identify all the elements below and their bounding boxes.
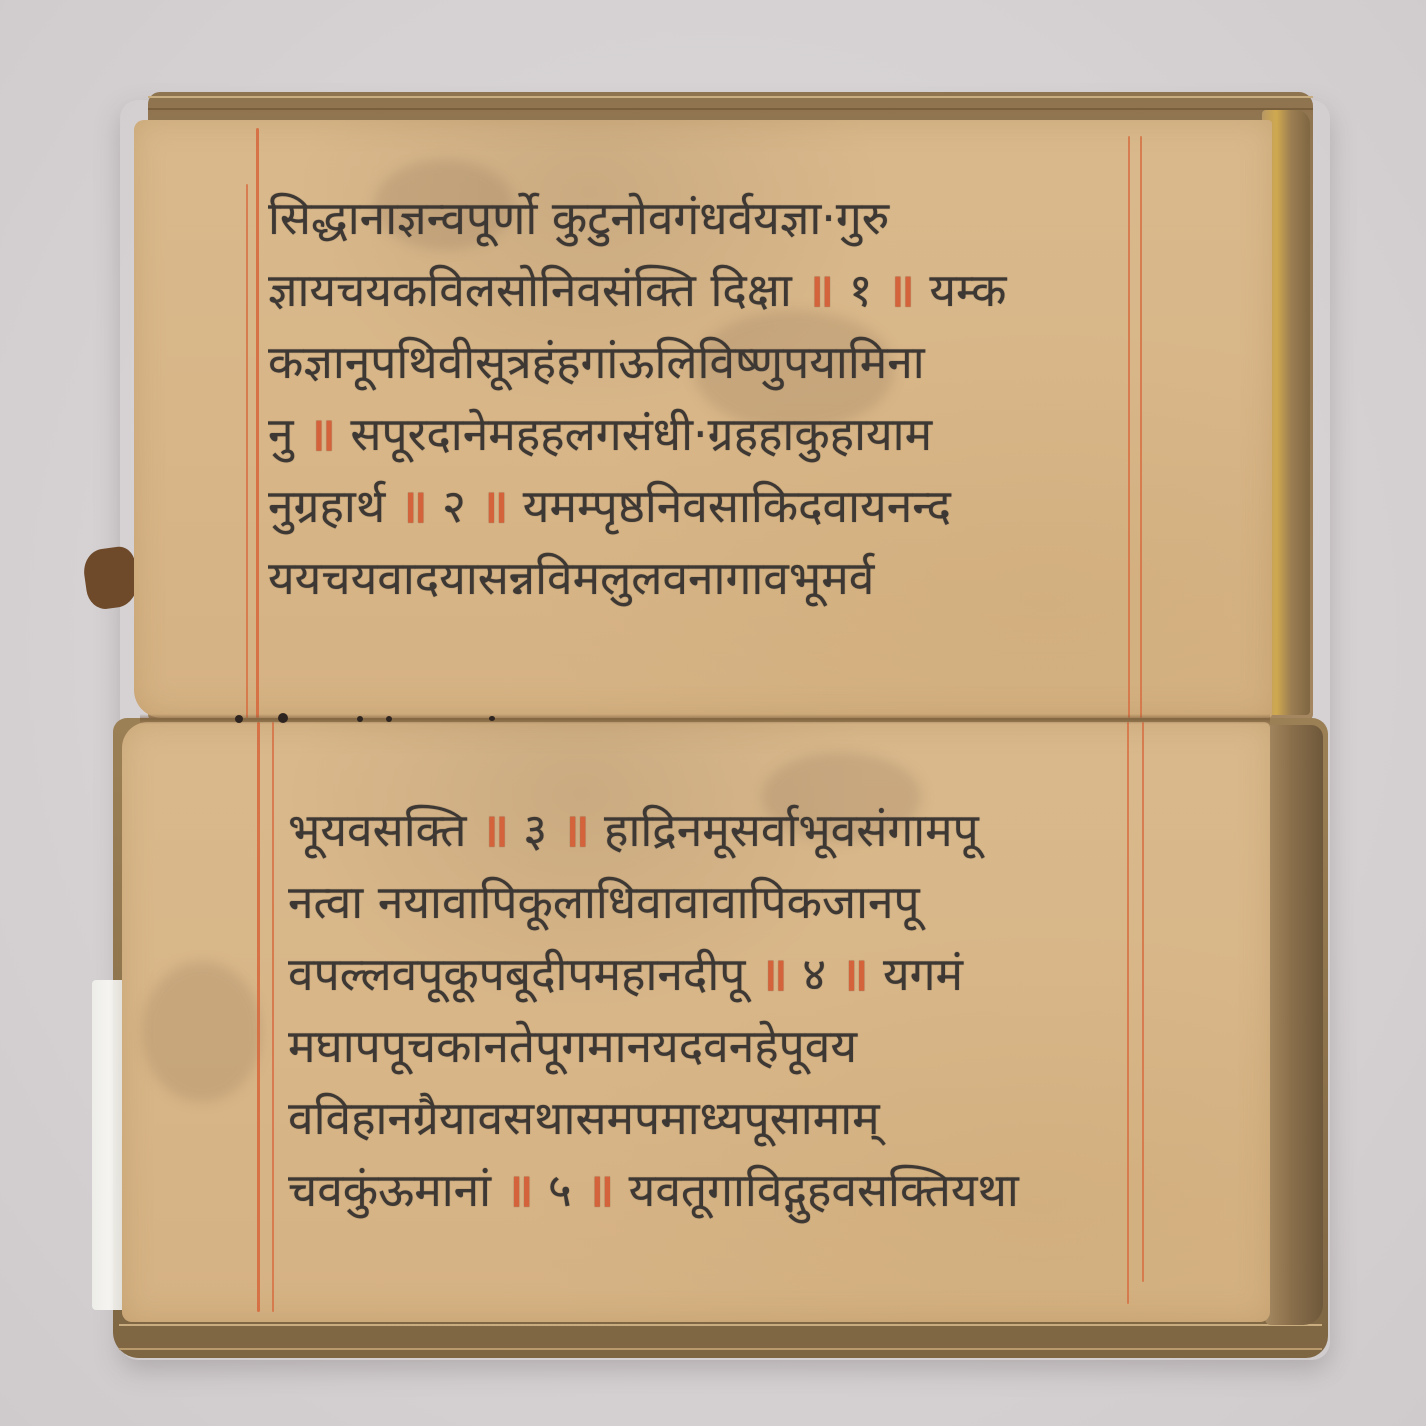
double-danda: ॥ bbox=[481, 803, 509, 857]
repair-tissue-strip bbox=[92, 980, 126, 1310]
margin-rule-left-inner bbox=[246, 184, 248, 718]
worm-hole bbox=[386, 716, 392, 722]
text-line: वविहानग्रैयावसथासमपमाध्यपूसामाम् bbox=[288, 1082, 1168, 1154]
verse-number: ४ bbox=[802, 947, 826, 1001]
page-fold-line bbox=[140, 714, 1270, 724]
line-text: मघापपूचकानतेपूगमानयदवनहेपूवय bbox=[288, 1019, 857, 1073]
worm-hole bbox=[357, 716, 363, 722]
line-text: यम्क bbox=[929, 263, 1006, 317]
text-line: वपल्लवपूकूपबूदीपमहानदीपू ॥ ४ ॥ यगमं bbox=[288, 938, 1168, 1010]
verse-number: ५ bbox=[548, 1163, 572, 1217]
text-line: सिद्धानाज्ञन्वपूर्णो कुटुनोवगंधर्वयज्ञा·… bbox=[268, 182, 1148, 254]
double-danda: ॥ bbox=[562, 803, 590, 857]
line-text: ज्ञायचयकविलसोनिवसंक्ति दिक्षा bbox=[268, 263, 792, 317]
stain bbox=[142, 962, 262, 1102]
worm-hole bbox=[489, 716, 495, 721]
double-danda: ॥ bbox=[760, 947, 788, 1001]
double-danda: ॥ bbox=[586, 1163, 614, 1217]
worm-hole bbox=[278, 713, 288, 723]
text-line: नु ॥ सपूरदानेमहहलगसंधी·ग्रहहाकुहायाम bbox=[268, 398, 1148, 470]
line-text: सिद्धानाज्ञन्वपूर्णो कुटुनोवगंधर्वयज्ञा·… bbox=[268, 191, 889, 245]
line-text: चवकुंऊमानां bbox=[288, 1163, 491, 1217]
text-line: ज्ञायचयकविलसोनिवसंक्ति दिक्षा ॥ १ ॥ यम्क bbox=[268, 254, 1148, 326]
margin-rule-left-outer bbox=[257, 722, 260, 1312]
worm-hole bbox=[235, 715, 243, 723]
verse-number: २ bbox=[442, 479, 466, 533]
line-text: यमम्पृष्ठनिवसाकिदवायनन्द bbox=[523, 479, 951, 533]
text-line: नत्वा नयावापिकूलाधिवावावापिकजानपू bbox=[288, 866, 1168, 938]
line-text: हाद्रिनमूसर्वाभूवसंगामपू bbox=[604, 803, 979, 857]
line-text: नत्वा नयावापिकूलाधिवावावापिकजानपू bbox=[288, 875, 920, 929]
line-text: नु bbox=[268, 407, 294, 461]
line-text: वविहानग्रैयावसथासमपमाध्यपूसामाम् bbox=[288, 1091, 880, 1145]
double-danda: ॥ bbox=[400, 479, 428, 533]
line-text: यगमं bbox=[883, 947, 963, 1001]
double-danda: ॥ bbox=[806, 263, 834, 317]
double-danda: ॥ bbox=[481, 479, 509, 533]
margin-rule-left-inner bbox=[272, 722, 274, 1312]
text-line: भूयवसक्ति ॥ ३ ॥ हाद्रिनमूसर्वाभूवसंगामपू bbox=[288, 794, 1168, 866]
text-line: कज्ञानूपथिवीसूत्रहंहगांऊलिविष्णुपयामिना bbox=[268, 326, 1148, 398]
line-text: ययचयवादयासन्नविमलुलवनागावभूमर्व bbox=[268, 551, 874, 605]
text-line: चवकुंऊमानां ॥ ५ ॥ यवतूगाविद्गुहवसक्तियथा bbox=[288, 1154, 1168, 1226]
line-text: नुग्रहार्थ bbox=[268, 479, 385, 533]
text-line: मघापपूचकानतेपूगमानयदवनहेपूवय bbox=[288, 1010, 1168, 1082]
double-danda: ॥ bbox=[506, 1163, 534, 1217]
bottom-stack-right-edge bbox=[1265, 725, 1323, 1325]
margin-rule-left-outer bbox=[256, 128, 259, 718]
text-line: नुग्रहार्थ ॥ २ ॥ यमम्पृष्ठनिवसाकिदवायनन्… bbox=[268, 470, 1148, 542]
text-line: ययचयवादयासन्नविमलुलवनागावभूमर्व bbox=[268, 542, 1148, 614]
double-danda: ॥ bbox=[308, 407, 336, 461]
double-danda: ॥ bbox=[887, 263, 915, 317]
text-block-top: सिद्धानाज्ञन्वपूर्णो कुटुनोवगंधर्वयज्ञा·… bbox=[268, 182, 1148, 614]
text-block-bottom: भूयवसक्ति ॥ ३ ॥ हाद्रिनमूसर्वाभूवसंगामपू… bbox=[288, 794, 1168, 1226]
verse-number: १ bbox=[849, 263, 873, 317]
line-text: वपल्लवपूकूपबूदीपमहानदीपू bbox=[288, 947, 745, 1001]
line-text: कज्ञानूपथिवीसूत्रहंहगांऊलिविष्णुपयामिना bbox=[268, 335, 925, 389]
line-text: सपूरदानेमहहलगसंधी·ग्रहहाकुहायाम bbox=[350, 407, 932, 461]
double-danda: ॥ bbox=[841, 947, 869, 1001]
manuscript-page-top: सिद्धानाज्ञन्वपूर्णो कुटुनोवगंधर्वयज्ञा·… bbox=[134, 120, 1272, 718]
manuscript-page-bottom: भूयवसक्ति ॥ ३ ॥ हाद्रिनमूसर्वाभूवसंगामपू… bbox=[122, 722, 1270, 1322]
verse-number: ३ bbox=[523, 803, 547, 857]
line-text: यवतूगाविद्गुहवसक्तियथा bbox=[629, 1163, 1019, 1217]
line-text: भूयवसक्ति bbox=[288, 803, 466, 857]
